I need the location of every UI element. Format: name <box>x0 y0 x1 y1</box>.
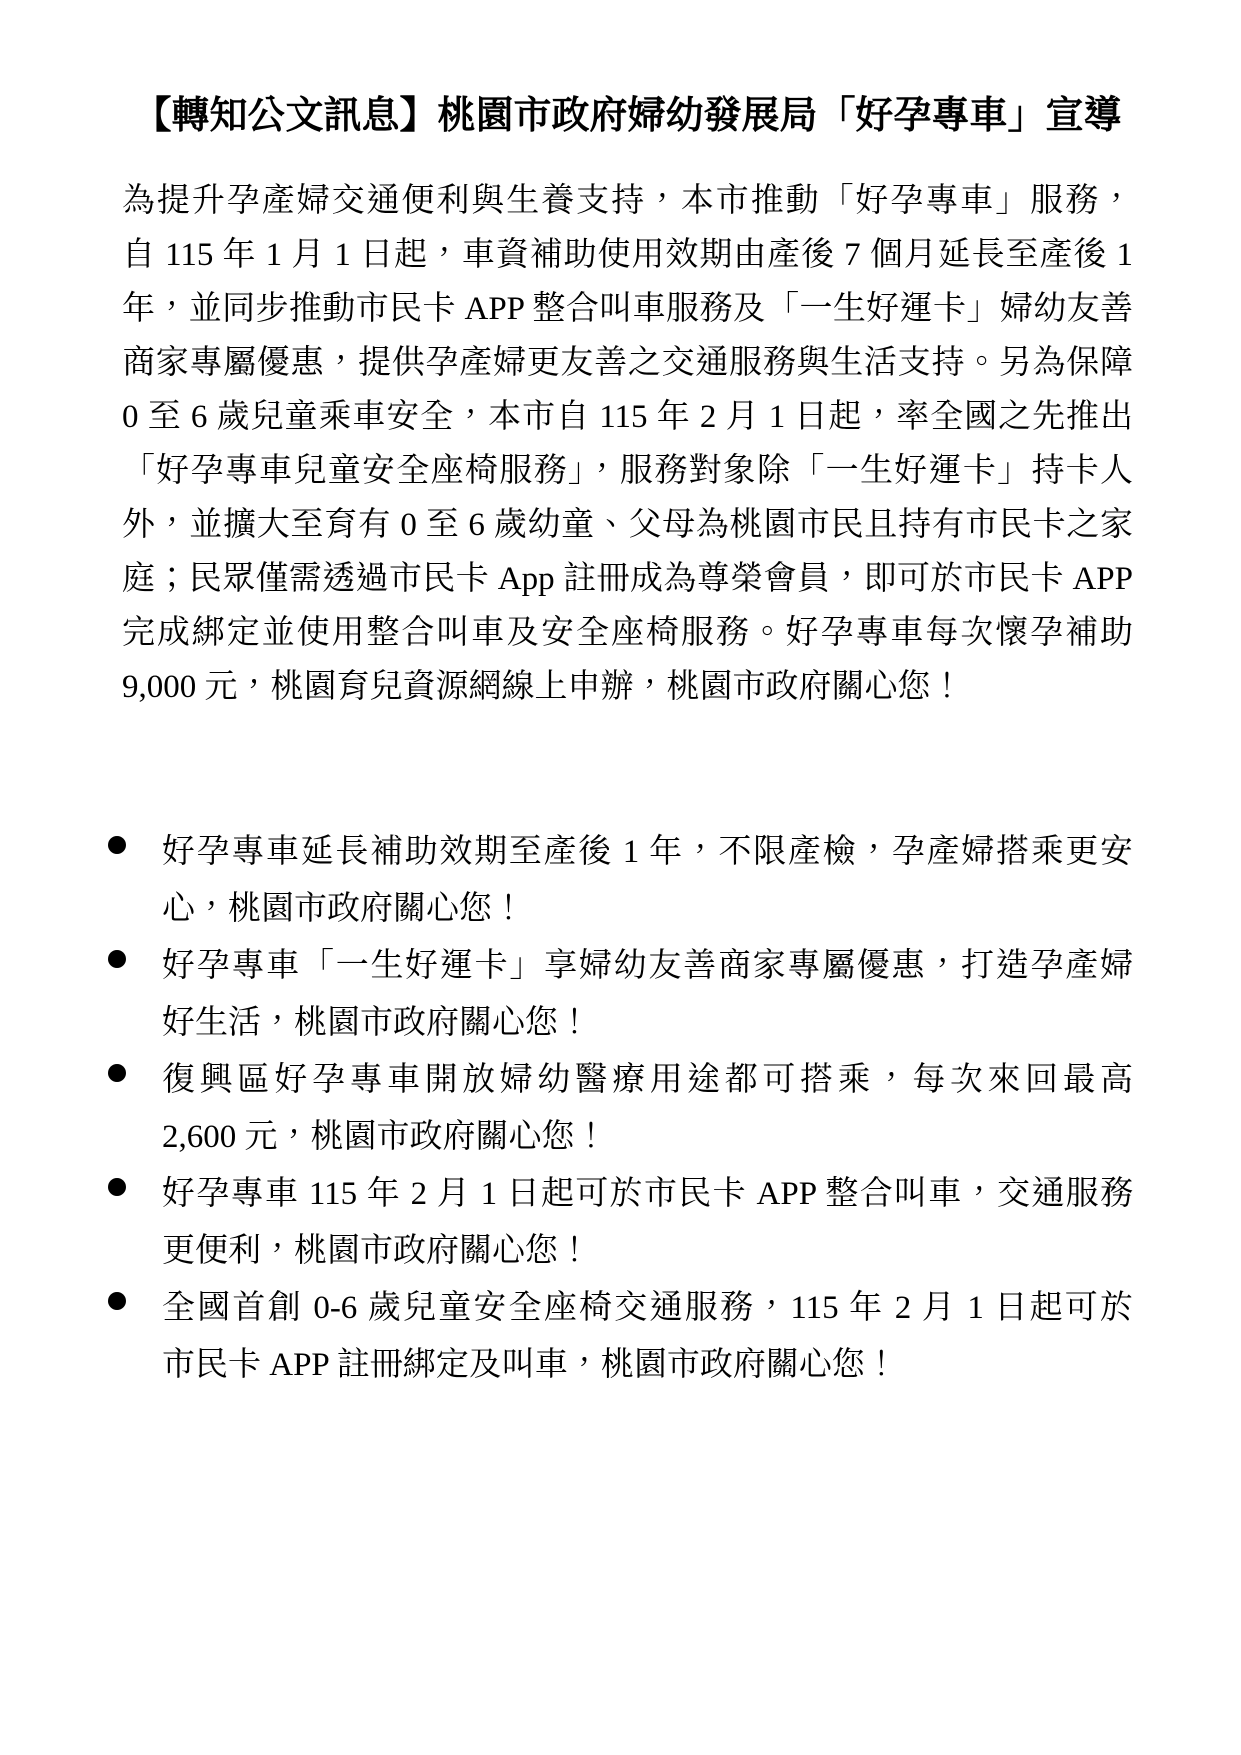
list-item-line-1: 好孕專車 115 年 2 月 1 日起可於市民卡 APP 整合叫車，交通服務 <box>162 1166 1133 1223</box>
paragraph-line: 完成綁定並使用整合叫車及安全座椅服務。好孕專車每次懷孕補助 <box>122 606 1133 660</box>
list-item-line-2: 2,600 元，桃園市政府關心您！ <box>162 1109 1133 1166</box>
paragraph-line: 9,000 元，桃園育兒資源網線上申辦，桃園市政府關心您！ <box>122 660 1133 714</box>
list-item: ● 好孕專車 115 年 2 月 1 日起可於市民卡 APP 整合叫車，交通服務… <box>122 1166 1133 1280</box>
bullet-icon: ● <box>108 1064 126 1082</box>
list-item-line-2: 更便利，桃園市政府關心您！ <box>162 1223 1133 1280</box>
highlight-bullet-list: ● 好孕專車延長補助效期至產後 1 年，不限產檢，孕產婦搭乘更安 心，桃園市政府… <box>122 824 1133 1394</box>
list-item: ● 全國首創 0-6 歲兒童安全座椅交通服務，115 年 2 月 1 日起可於 … <box>122 1280 1133 1394</box>
list-item-line-1: 復興區好孕專車開放婦幼醫療用途都可搭乘，每次來回最高 <box>162 1052 1133 1109</box>
bullet-icon: ● <box>108 836 126 854</box>
list-item: ● 復興區好孕專車開放婦幼醫療用途都可搭乘，每次來回最高 2,600 元，桃園市… <box>122 1052 1133 1166</box>
paragraph-line: 商家專屬優惠，提供孕產婦更友善之交通服務與生活支持。另為保障 <box>122 336 1133 390</box>
paragraph-line: 庭；民眾僅需透過市民卡 App 註冊成為尊榮會員，即可於市民卡 APP <box>122 552 1133 606</box>
list-item-line-1: 全國首創 0-6 歲兒童安全座椅交通服務，115 年 2 月 1 日起可於 <box>162 1280 1133 1337</box>
paragraph-line: 自 115 年 1 月 1 日起，車資補助使用效期由產後 7 個月延長至產後 1 <box>122 228 1133 282</box>
list-item-line-2: 好生活，桃園市政府關心您！ <box>162 995 1133 1052</box>
document-body: 【轉知公文訊息】桃園市政府婦幼發展局「好孕專車」宣導 為提升孕產婦交通便利與生養… <box>0 0 1241 1394</box>
paragraph-line: 外，並擴大至育有 0 至 6 歲幼童、父母為桃園市民且持有市民卡之家 <box>122 498 1133 552</box>
list-item-line-1: 好孕專車延長補助效期至產後 1 年，不限產檢，孕產婦搭乘更安 <box>162 824 1133 881</box>
bullet-icon: ● <box>108 950 126 968</box>
bullet-icon: ● <box>108 1292 126 1310</box>
announcement-paragraph: 為提升孕產婦交通便利與生養支持，本市推動「好孕專車」服務， 自 115 年 1 … <box>122 174 1133 714</box>
list-item: ● 好孕專車「一生好運卡」享婦幼友善商家專屬優惠，打造孕產婦 好生活，桃園市政府… <box>122 938 1133 1052</box>
paragraph-line: 0 至 6 歲兒童乘車安全，本市自 115 年 2 月 1 日起，率全國之先推出 <box>122 390 1133 444</box>
list-item-line-2: 市民卡 APP 註冊綁定及叫車，桃園市政府關心您！ <box>162 1337 1133 1394</box>
document-page: 【轉知公文訊息】桃園市政府婦幼發展局「好孕專車」宣導 為提升孕產婦交通便利與生養… <box>0 0 1241 1755</box>
bullet-icon: ● <box>108 1178 126 1196</box>
page-title: 【轉知公文訊息】桃園市政府婦幼發展局「好孕專車」宣導 <box>122 88 1133 144</box>
list-item: ● 好孕專車延長補助效期至產後 1 年，不限產檢，孕產婦搭乘更安 心，桃園市政府… <box>122 824 1133 938</box>
paragraph-line: 為提升孕產婦交通便利與生養支持，本市推動「好孕專車」服務， <box>122 174 1133 228</box>
list-item-line-2: 心，桃園市政府關心您！ <box>162 881 1133 938</box>
list-item-line-1: 好孕專車「一生好運卡」享婦幼友善商家專屬優惠，打造孕產婦 <box>162 938 1133 995</box>
paragraph-line: 「好孕專車兒童安全座椅服務」，服務對象除「一生好運卡」持卡人 <box>122 444 1133 498</box>
paragraph-line: 年，並同步推動市民卡 APP 整合叫車服務及「一生好運卡」婦幼友善 <box>122 282 1133 336</box>
